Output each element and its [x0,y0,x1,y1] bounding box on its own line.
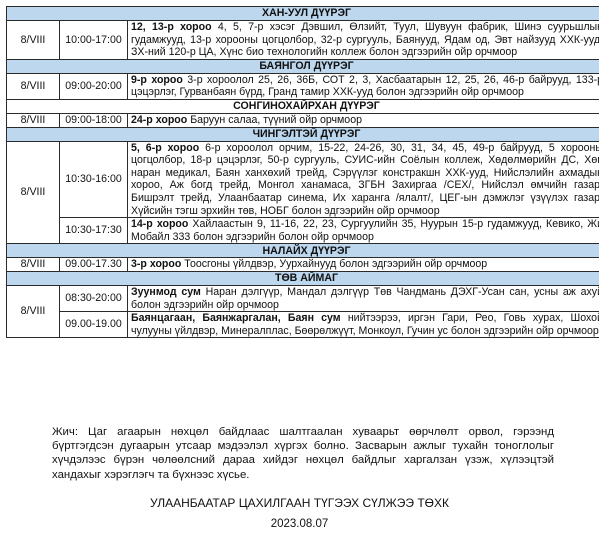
schedule-row: 8/VIII10:30-16:005, 6-р хороо 6-р хороол… [7,141,599,218]
date-cell: 8/VIII [7,141,60,244]
section-header-row: БАЯНГОЛ ДҮҮРЭГ [7,59,599,73]
section-header-row: ТӨВ АЙМАГ [7,271,599,285]
schedule-row: 8/VIII10:00-17:0012, 13-р хороо 4, 5, 7-… [7,21,599,60]
note-text: Жич: Цаг агаарын нөхцөл байдлаас шалтгаа… [52,425,554,482]
time-cell: 09:00-20:00 [60,73,128,99]
time-cell: 09.00-19.00 [60,312,128,338]
date-cell: 8/VIII [7,113,60,127]
section-title: ТӨВ АЙМАГ [7,271,599,285]
area-details: 3-р хороолол 25, 26, 36Б, СОТ 2, 3, Хасб… [131,74,599,99]
area-description-cell: 14-р хороо Хайлаастын 9, 11-16, 22, 23, … [128,218,599,244]
area-name: Зуунмод сум [131,286,201,298]
area-name: Баянцагаан, Баянжаргалан, Баян сум [131,312,341,324]
section-header-row: СОНГИНОХАЙРХАН ДҮҮРЭГ [7,99,599,113]
area-name: 9-р хороо [131,74,183,86]
area-description-cell: Баянцагаан, Баянжаргалан, Баян сум нийтэ… [128,312,599,338]
schedule-table: ХАН-УУЛ ДҮҮРЭГ8/VIII10:00-17:0012, 13-р … [6,6,599,338]
time-cell: 10:30-16:00 [60,141,128,218]
area-description-cell: 12, 13-р хороо 4, 5, 7-р хэсэг Дэвшил, Ө… [128,21,599,60]
section-title: СОНГИНОХАЙРХАН ДҮҮРЭГ [7,99,599,113]
area-description-cell: 9-р хороо 3-р хороолол 25, 26, 36Б, СОТ … [128,73,599,99]
schedule-row: 8/VIII09:00-18:0024-р хороо Баруун салаа… [7,113,599,127]
date-cell: 8/VIII [7,21,60,60]
area-name: 3-р хороо [131,258,181,270]
area-name: 5, 6-р хороо [131,142,199,154]
area-description-cell: 24-р хороо Баруун салаа, түүний ойр орчм… [128,113,599,127]
date-cell: 8/VIII [7,258,60,272]
area-description-cell: 3-р хороо Тоосгоны үйлдвэр, Уурхайнууд б… [128,258,599,272]
date-cell: 8/VIII [7,285,60,337]
date-cell: 8/VIII [7,73,60,99]
schedule-row: 8/VIII09.00-17.303-р хороо Тоосгоны үйлд… [7,258,599,272]
area-description-cell: Зуунмод сум Наран дэлгүүр, Мандал дэлгүү… [128,285,599,311]
time-cell: 10:30-17:30 [60,218,128,244]
area-details: Тоосгоны үйлдвэр, Уурхайнууд болон эдгээ… [181,258,487,270]
issue-date: 2023.08.07 [0,518,599,530]
outage-schedule: ХАН-УУЛ ДҮҮРЭГ8/VIII10:00-17:0012, 13-р … [6,6,599,338]
section-title: НАЛАЙХ ДҮҮРЭГ [7,244,599,258]
schedule-row: 10:30-17:3014-р хороо Хайлаастын 9, 11-1… [7,218,599,244]
area-name: 14-р хороо [131,218,188,230]
schedule-row: 8/VIII09:00-20:009-р хороо 3-р хороолол … [7,73,599,99]
organization-name: УЛААНБААТАР ЦАХИЛГААН ТҮГЭЭХ СҮЛЖЭЭ ТӨХК [0,496,599,510]
time-cell: 08:30-20:00 [60,285,128,311]
section-header-row: ХАН-УУЛ ДҮҮРЭГ [7,7,599,21]
area-details: 6-р хороолол орчим, 15-22, 24-26, 30, 31… [131,142,599,217]
section-title: ЧИНГЭЛТЭЙ ДҮҮРЭГ [7,127,599,141]
time-cell: 09:00-18:00 [60,113,128,127]
section-title: ХАН-УУЛ ДҮҮРЭГ [7,7,599,21]
time-cell: 10:00-17:00 [60,21,128,60]
area-name: 24-р хороо [131,114,187,126]
area-description-cell: 5, 6-р хороо 6-р хороолол орчим, 15-22, … [128,141,599,218]
area-details: Наран дэлгүүр, Мандал дэлгүүр Төв Чандма… [131,286,599,311]
time-cell: 09.00-17.30 [60,258,128,272]
section-title: БАЯНГОЛ ДҮҮРЭГ [7,59,599,73]
section-header-row: НАЛАЙХ ДҮҮРЭГ [7,244,599,258]
area-name: 12, 13-р хороо [131,21,212,33]
schedule-row: 09.00-19.00Баянцагаан, Баянжаргалан, Бая… [7,312,599,338]
area-details: Хайлаастын 9, 11-16, 22, 23, Сургуулийн … [131,218,599,243]
section-header-row: ЧИНГЭЛТЭЙ ДҮҮРЭГ [7,127,599,141]
area-details: Баруун салаа, түүний ойр орчмоор [187,114,362,126]
schedule-row: 8/VIII08:30-20:00Зуунмод сум Наран дэлгү… [7,285,599,311]
